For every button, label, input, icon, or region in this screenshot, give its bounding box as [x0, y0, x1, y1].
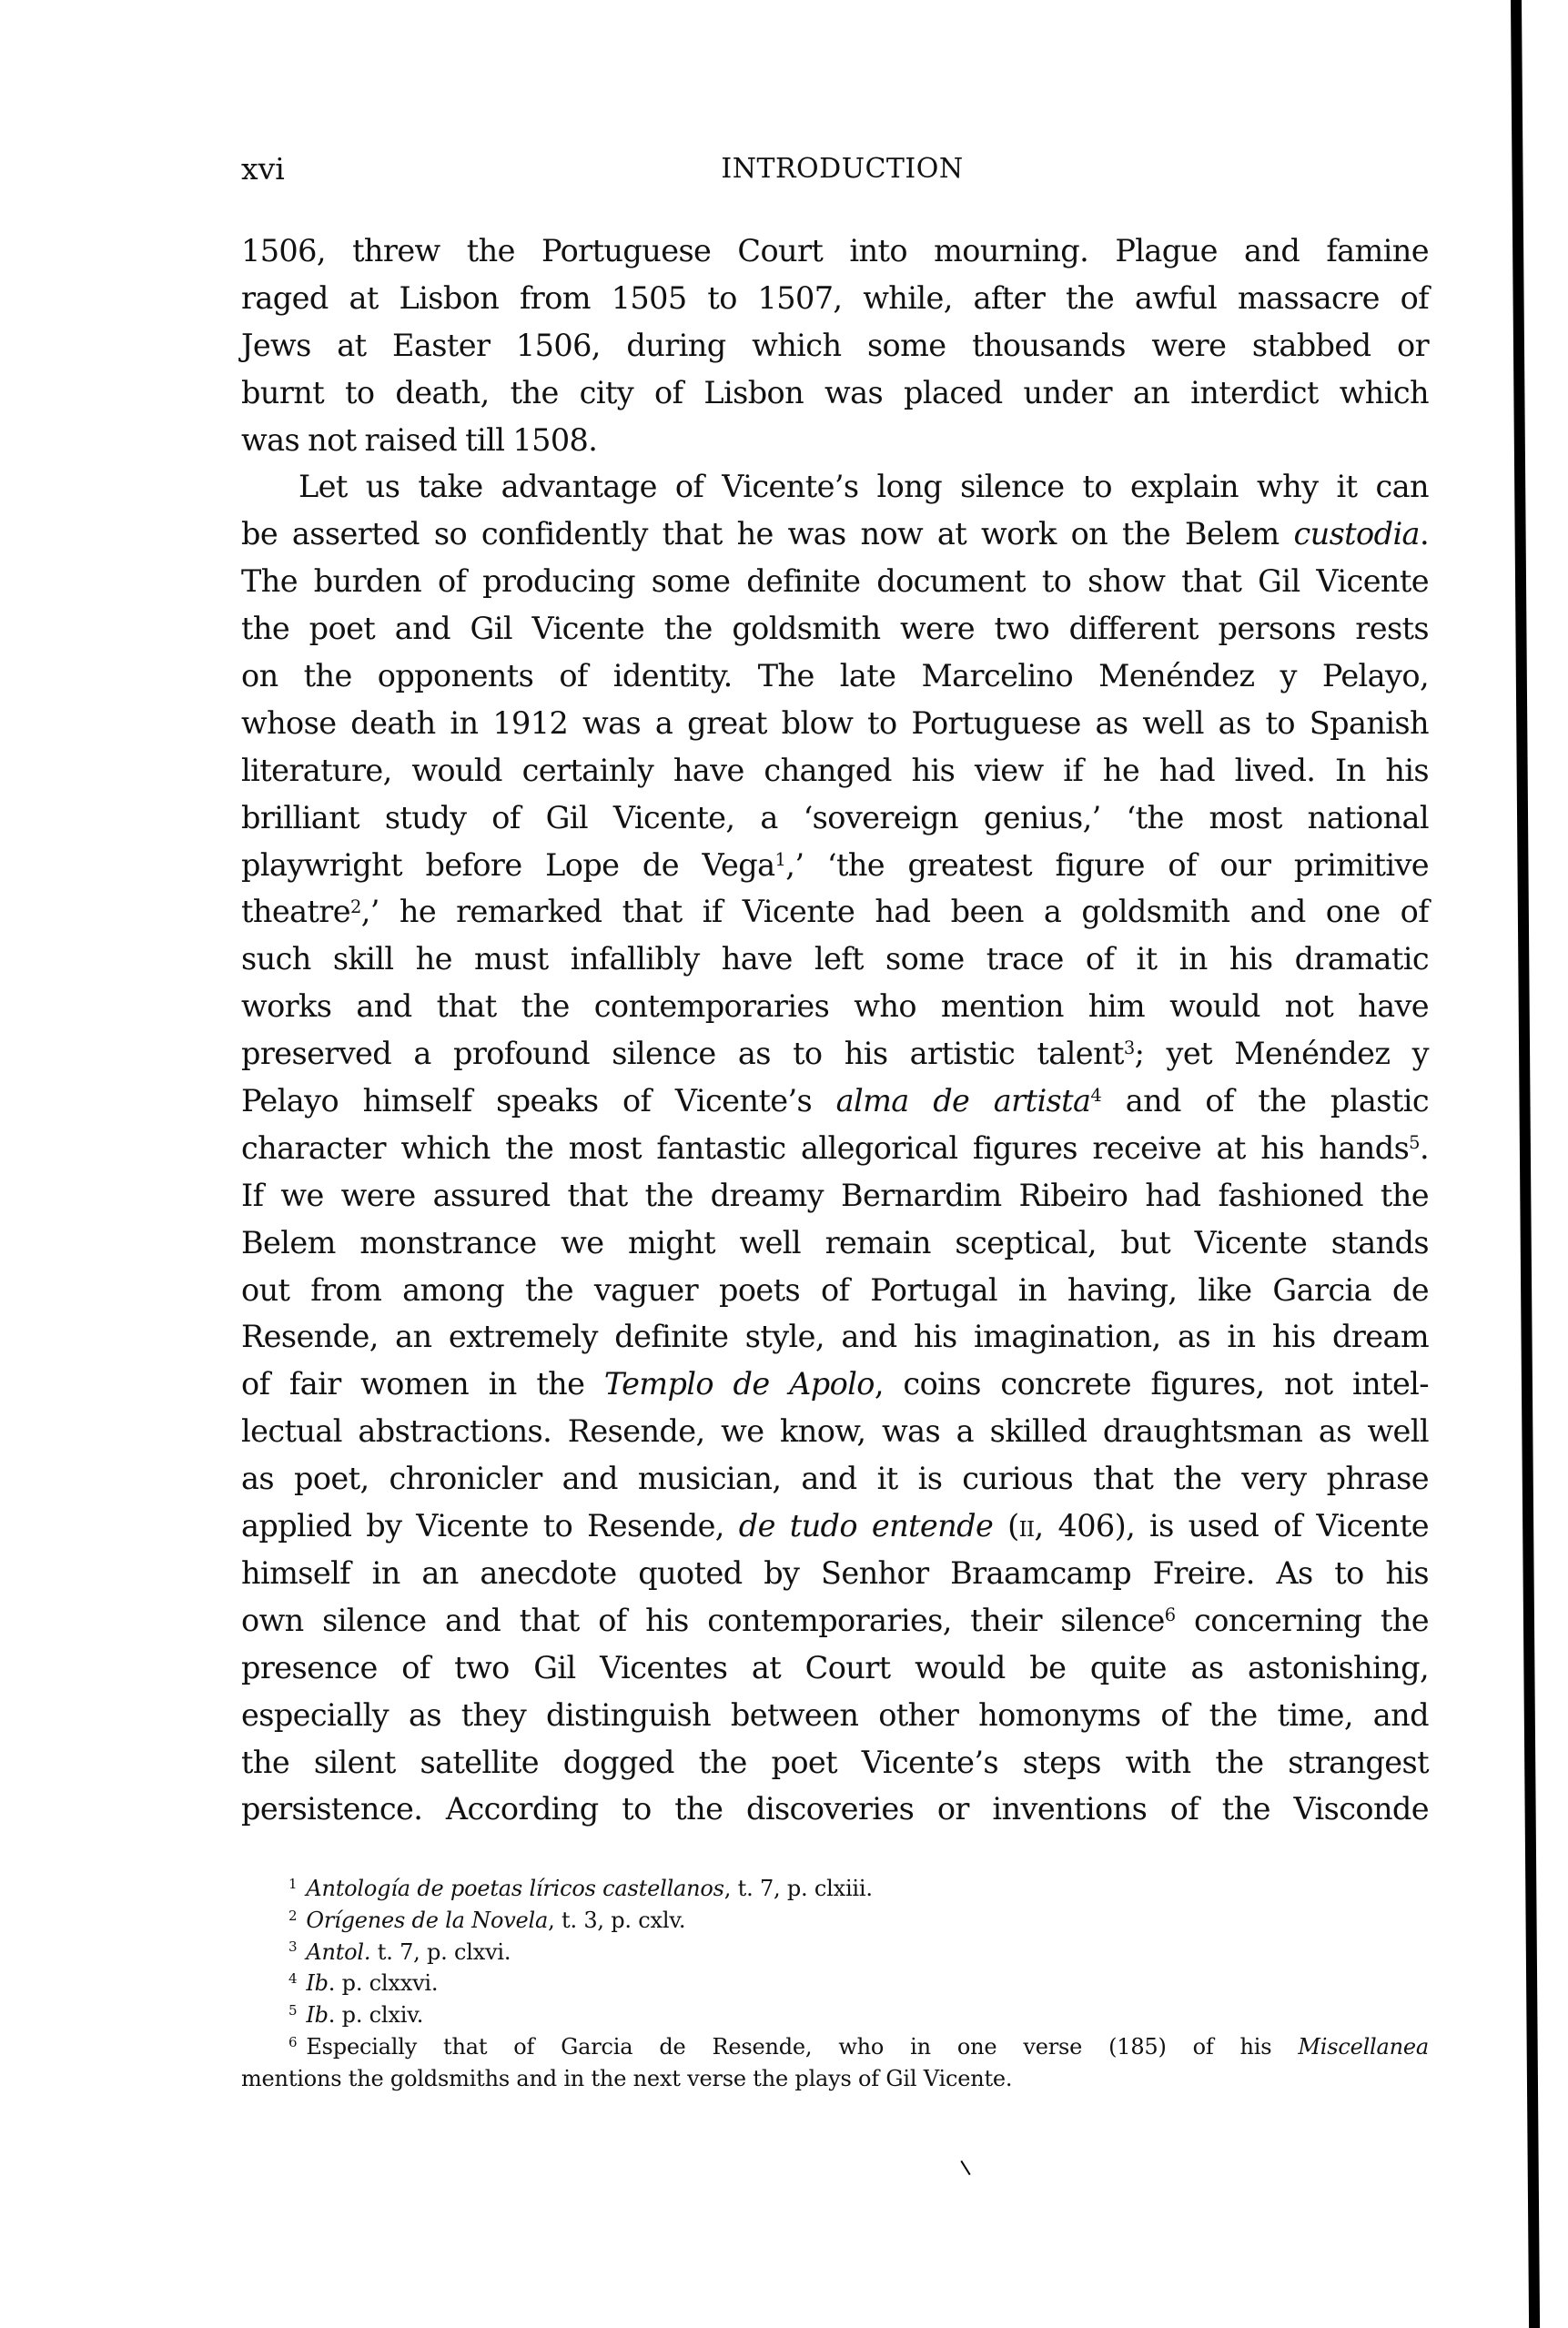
text-run: , t. 7, p. clxiii.: [724, 1876, 873, 1901]
text-line: Jews at Easter 1506, during which some t…: [241, 322, 1429, 369]
text-line: whose death in 1912 was a great blow to …: [241, 700, 1429, 747]
text-line: If we were assured that the dreamy Berna…: [241, 1172, 1429, 1220]
footnote-ref: 4: [1090, 1085, 1101, 1106]
text-run: applied by Vicente to Resende,: [241, 1508, 739, 1544]
body-text: 1506, threw the Portuguese Court into mo…: [241, 228, 1429, 1833]
text-line: burnt to death, the city of Lisbon was p…: [241, 369, 1429, 417]
footnote-number: 6: [288, 2034, 297, 2050]
text-run: especially as they distinguish between o…: [241, 1697, 1429, 1733]
footnote: mentions the goldsmiths and in the next …: [241, 2063, 1429, 2095]
text-run: works and that the contemporaries who me…: [241, 988, 1429, 1024]
stray-pen-mark: [960, 2161, 970, 2175]
text-run: If we were assured that the dreamy Berna…: [241, 1178, 1429, 1213]
text-run: t. 7, p. clxvi.: [370, 1939, 511, 1965]
text-line: the poet and Gil Vicente the goldsmith w…: [241, 605, 1429, 653]
text-run: out from among the vaguer poets of Portu…: [241, 1272, 1429, 1308]
text-run: mentions the goldsmiths and in the next …: [241, 2066, 1012, 2091]
small-caps-text: ii: [1019, 1508, 1035, 1544]
text-line: raged at Lisbon from 1505 to 1507, while…: [241, 275, 1429, 322]
text-run: .: [1420, 1130, 1429, 1166]
text-line: character which the most fantastic alleg…: [241, 1125, 1429, 1172]
text-run: . p. clxiv.: [329, 2002, 423, 2028]
text-run: ,’ he remarked that if Vicente had been …: [361, 894, 1429, 929]
text-run: on the opponents of identity. The late M…: [241, 658, 1429, 693]
text-line: preserved a profound silence as to his a…: [241, 1030, 1429, 1078]
text-run: be asserted so confidently that he was n…: [241, 516, 1293, 552]
italic-text: alma de artista: [836, 1083, 1091, 1118]
footnote: 2Orígenes de la Novela, t. 3, p. cxlv.: [241, 1905, 1429, 1937]
footnote-ref: 2: [350, 896, 361, 917]
footnote-number: 2: [288, 1908, 297, 1924]
footnote-ref: 3: [1124, 1037, 1135, 1058]
text-run: literature, would certainly have changed…: [241, 753, 1429, 788]
italic-text: Templo de Apolo: [604, 1366, 875, 1402]
italic-text: Orígenes de la Novela: [306, 1908, 548, 1933]
text-line: playwright before Lope de Vega1,’ ‘the g…: [241, 842, 1429, 889]
text-run: such skill he must infallibly have left …: [241, 941, 1429, 977]
text-line: works and that the contemporaries who me…: [241, 983, 1429, 1030]
text-run: , 406), is used of Vicente: [1035, 1508, 1429, 1544]
text-run: , coins concrete figures, not intel-: [875, 1366, 1429, 1402]
text-run: character which the most fantastic alleg…: [241, 1130, 1409, 1166]
text-run: burnt to death, the city of Lisbon was p…: [241, 375, 1429, 410]
text-run: lectual abstractions. Resende, we know, …: [241, 1413, 1429, 1449]
text-line: brilliant study of Gil Vicente, a ‘sover…: [241, 795, 1429, 842]
text-run: ; yet Menéndez y: [1135, 1036, 1429, 1071]
text-line: be asserted so confidently that he was n…: [241, 511, 1429, 558]
text-run: Belem monstrance we might well remain sc…: [241, 1225, 1429, 1260]
chapter-title: INTRODUCTION: [241, 151, 1429, 187]
text-run: own silence and that of his contemporari…: [241, 1603, 1165, 1638]
text-run: brilliant study of Gil Vicente, a ‘sover…: [241, 800, 1429, 835]
text-run: was not raised till 1508.: [241, 422, 597, 458]
text-line: 1506, threw the Portuguese Court into mo…: [241, 228, 1429, 275]
text-run: presence of two Gil Vicentes at Court wo…: [241, 1650, 1429, 1685]
text-line: presence of two Gil Vicentes at Court wo…: [241, 1645, 1429, 1692]
text-line: himself in an anecdote quoted by Senhor …: [241, 1550, 1429, 1597]
text-line: theatre2,’ he remarked that if Vicente h…: [241, 888, 1429, 936]
footnote: 5Ib. p. clxiv.: [241, 1999, 1429, 2031]
text-run: Especially that of Garcia de Resende, wh…: [306, 2034, 1298, 2060]
footnote: 6Especially that of Garcia de Resende, w…: [241, 2031, 1429, 2063]
footnote: 3Antol. t. 7, p. clxvi.: [241, 1937, 1429, 1969]
text-run: raged at Lisbon from 1505 to 1507, while…: [241, 280, 1429, 316]
text-run: concerning the: [1176, 1603, 1429, 1638]
text-line: as poet, chronicler and musician, and it…: [241, 1455, 1429, 1503]
text-run: . p. clxxvi.: [329, 1970, 439, 1996]
text-run: himself in an anecdote quoted by Senhor …: [241, 1555, 1429, 1591]
text-line: the silent satellite dogged the poet Vic…: [241, 1739, 1429, 1786]
text-run: as poet, chronicler and musician, and it…: [241, 1461, 1429, 1496]
text-line: such skill he must infallibly have left …: [241, 936, 1429, 983]
italic-text: de tudo entende: [739, 1508, 993, 1544]
footnote-number: 5: [288, 2002, 297, 2019]
footnote: 4Ib. p. clxxvi.: [241, 1968, 1429, 1999]
italic-text: Antología de poetas líricos castellanos: [306, 1876, 723, 1901]
text-run: 1506, threw the Portuguese Court into mo…: [241, 233, 1429, 268]
text-run: playwright before Lope de Vega: [241, 847, 775, 883]
text-run: the silent satellite dogged the poet Vic…: [241, 1745, 1429, 1780]
text-run: and of the plastic: [1101, 1083, 1429, 1118]
text-line: on the opponents of identity. The late M…: [241, 653, 1429, 700]
text-run: theatre: [241, 894, 350, 929]
footnote: 1Antología de poetas líricos castellanos…: [241, 1873, 1429, 1905]
text-line: own silence and that of his contemporari…: [241, 1597, 1429, 1645]
text-run: (: [993, 1508, 1018, 1544]
italic-text: custodia: [1293, 516, 1420, 552]
footnotes: 1Antología de poetas líricos castellanos…: [241, 1873, 1429, 2095]
text-run: The burden of producing some definite do…: [241, 563, 1429, 599]
footnote-number: 4: [288, 1970, 297, 1987]
text-run: .: [1420, 516, 1429, 552]
text-run: ,’ ‘the greatest figure of our primitive: [785, 847, 1429, 883]
text-line: Belem monstrance we might well remain sc…: [241, 1220, 1429, 1267]
book-page: xvi INTRODUCTION 1506, threw the Portugu…: [0, 0, 1568, 2328]
scan-edge-bar: [1511, 0, 1540, 2328]
footnote-number: 1: [288, 1876, 297, 1892]
text-run: Resende, an extremely definite style, an…: [241, 1319, 1429, 1354]
text-line: Resende, an extremely definite style, an…: [241, 1313, 1429, 1361]
text-run: whose death in 1912 was a great blow to …: [241, 705, 1429, 741]
text-run: Let us take advantage of Vicente’s long …: [298, 469, 1429, 504]
running-head: xvi INTRODUCTION: [241, 151, 1429, 187]
text-run: Pelayo himself speaks of Vicente’s: [241, 1083, 836, 1118]
text-line: lectual abstractions. Resende, we know, …: [241, 1408, 1429, 1455]
text-line: Let us take advantage of Vicente’s long …: [241, 463, 1429, 511]
italic-text: Antol.: [306, 1939, 370, 1965]
text-run: , t. 3, p. cxlv.: [548, 1908, 685, 1933]
text-line: persistence. According to the discoverie…: [241, 1786, 1429, 1833]
text-line: of fair women in the Templo de Apolo, co…: [241, 1361, 1429, 1408]
text-run: preserved a profound silence as to his a…: [241, 1036, 1124, 1071]
text-line: was not raised till 1508.: [241, 417, 1429, 464]
footnote-ref: 6: [1165, 1604, 1176, 1625]
text-line: out from among the vaguer poets of Portu…: [241, 1267, 1429, 1314]
italic-text: Miscellanea: [1298, 2034, 1429, 2060]
italic-text: Ib: [306, 1970, 328, 1996]
footnote-ref: 5: [1409, 1132, 1420, 1153]
text-line: The burden of producing some definite do…: [241, 558, 1429, 605]
text-line: applied by Vicente to Resende, de tudo e…: [241, 1503, 1429, 1550]
text-run: persistence. According to the discoverie…: [241, 1791, 1429, 1827]
italic-text: Ib: [306, 2002, 328, 2028]
text-line: literature, would certainly have changed…: [241, 747, 1429, 795]
text-run: the poet and Gil Vicente the goldsmith w…: [241, 611, 1429, 646]
text-run: of fair women in the: [241, 1366, 604, 1402]
text-line: Pelayo himself speaks of Vicente’s alma …: [241, 1078, 1429, 1125]
footnote-number: 3: [288, 1938, 297, 1955]
footnote-ref: 1: [775, 849, 786, 870]
text-line: especially as they distinguish between o…: [241, 1692, 1429, 1739]
text-run: Jews at Easter 1506, during which some t…: [241, 328, 1429, 363]
